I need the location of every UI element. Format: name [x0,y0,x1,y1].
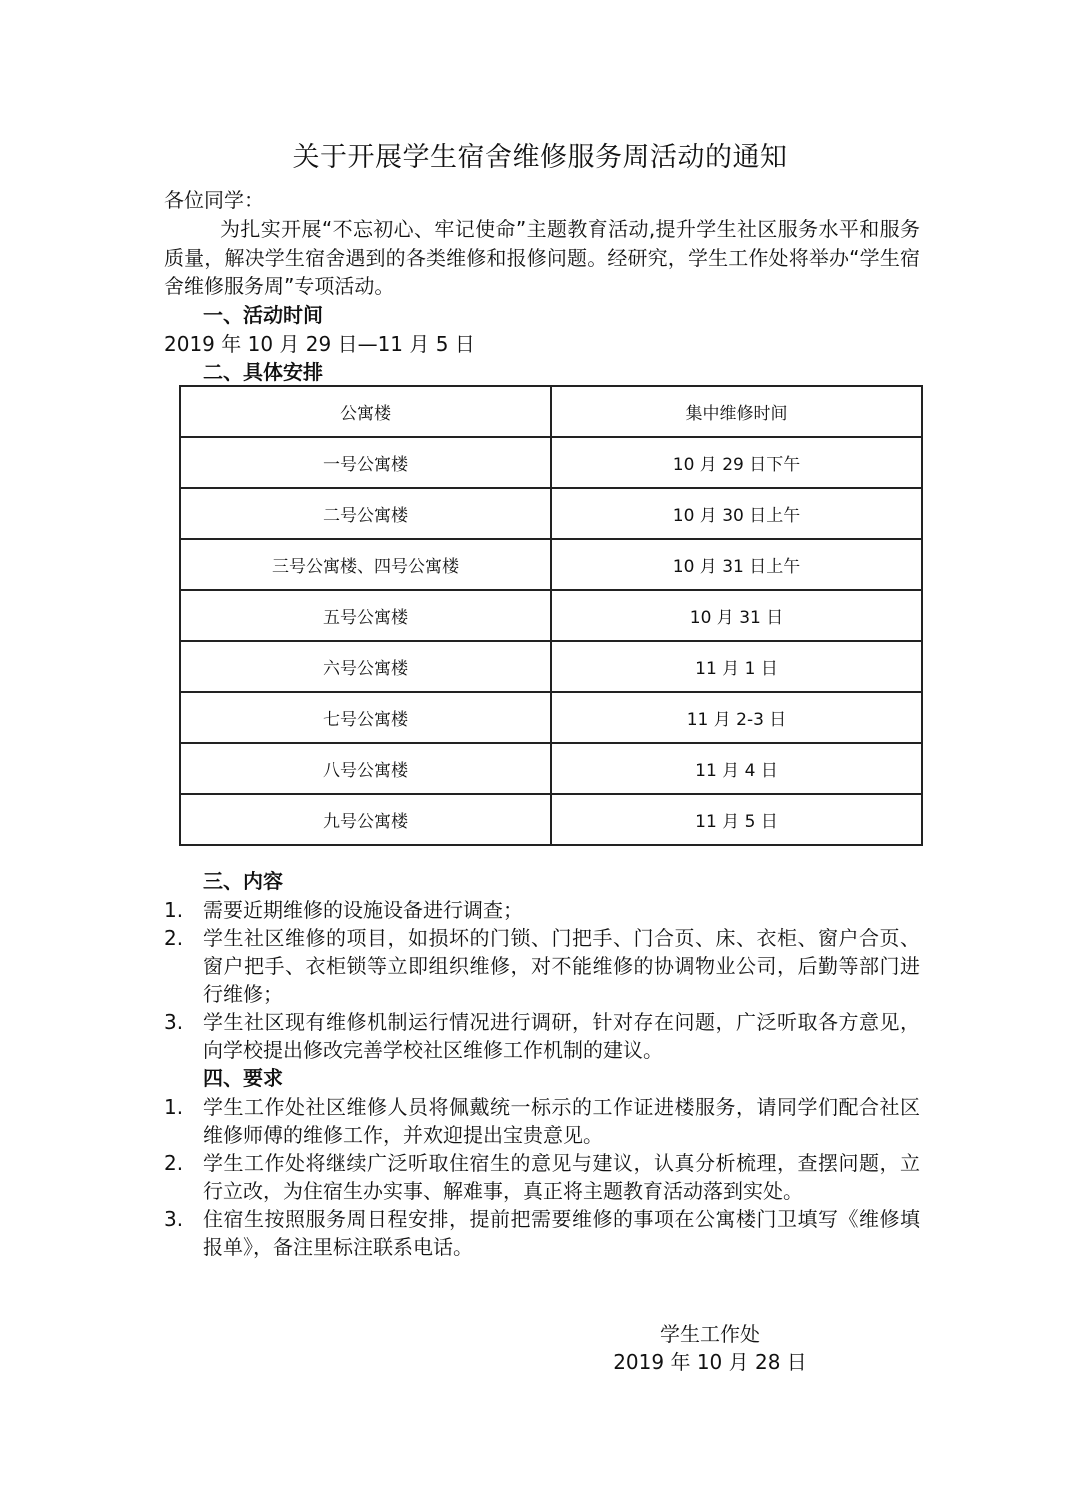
building-cell: 二号公寓楼 [180,488,551,539]
time-cell: 10 月 30 日上午 [551,488,922,539]
greeting: 各位同学： [164,186,920,215]
table-row: 九号公寓楼 11 月 5 日 [180,794,922,845]
table-row: 七号公寓楼 11 月 2-3 日 [180,692,922,743]
list-item: 3. 住宿生按照服务周日程安排，提前把需要维修的事项在公寓楼门卫填写《维修填报单… [164,1205,920,1261]
list-number: 2. [164,924,183,952]
notice-page: 关于开展学生宿舍维修服务周活动的通知 各位同学： 为扎实开展“不忘初心、牢记使命… [0,0,1080,1505]
list-item: 3. 学生社区现有维修机制运行情况进行调研，针对存在问题，广泛听取各方意见，向学… [164,1008,920,1064]
list-item: 2. 学生社区维修的项目，如损坏的门锁、门把手、门合页、床、衣柜、窗户合页、窗户… [164,924,920,1008]
activity-dates: 2019 年 10 月 29 日—11 月 5 日 [164,330,920,359]
section-heading-time: 一、活动时间 [203,301,323,329]
intro-paragraph: 为扎实开展“不忘初心、牢记使命”主题教育活动,提升学生社区服务水平和服务质量，解… [164,215,920,301]
list-text: 学生社区现有维修机制运行情况进行调研，针对存在问题，广泛听取各方意见，向学校提出… [203,1010,920,1062]
time-cell: 11 月 2-3 日 [551,692,922,743]
time-cell: 10 月 31 日 [551,590,922,641]
section-heading-schedule: 二、具体安排 [203,358,323,386]
schedule-table: 公寓楼 集中维修时间 一号公寓楼 10 月 29 日下午 二号公寓楼 10 月 … [179,385,923,846]
column-header-building: 公寓楼 [180,386,551,437]
building-cell: 九号公寓楼 [180,794,551,845]
building-cell: 六号公寓楼 [180,641,551,692]
table-row: 三号公寓楼、四号公寓楼 10 月 31 日上午 [180,539,922,590]
section-heading-requirements: 四、要求 [203,1064,283,1092]
list-number: 1. [164,1093,183,1121]
list-text: 学生工作处社区维修人员将佩戴统一标示的工作证进楼服务，请同学们配合社区维修师傅的… [203,1095,920,1147]
time-cell: 10 月 31 日上午 [551,539,922,590]
section-heading-content: 三、内容 [203,867,283,895]
time-cell: 10 月 29 日下午 [551,437,922,488]
list-number: 2. [164,1149,183,1177]
signature-date: 2019 年 10 月 28 日 [580,1348,840,1376]
content-list: 1. 需要近期维修的设施设备进行调查； 2. 学生社区维修的项目，如损坏的门锁、… [164,896,920,1064]
table-header-row: 公寓楼 集中维修时间 [180,386,922,437]
table-row: 二号公寓楼 10 月 30 日上午 [180,488,922,539]
list-text: 住宿生按照服务周日程安排，提前把需要维修的事项在公寓楼门卫填写《维修填报单》，备… [203,1207,920,1259]
list-text: 学生工作处将继续广泛听取住宿生的意见与建议，认真分析梳理，查摆问题，立行立改，为… [203,1151,920,1203]
table-row: 八号公寓楼 11 月 4 日 [180,743,922,794]
list-text: 需要近期维修的设施设备进行调查； [203,898,523,922]
list-item: 1. 需要近期维修的设施设备进行调查； [164,896,920,924]
time-cell: 11 月 4 日 [551,743,922,794]
building-cell: 七号公寓楼 [180,692,551,743]
table-row: 一号公寓楼 10 月 29 日下午 [180,437,922,488]
time-cell: 11 月 1 日 [551,641,922,692]
list-item: 2. 学生工作处将继续广泛听取住宿生的意见与建议，认真分析梳理，查摆问题，立行立… [164,1149,920,1205]
document-title: 关于开展学生宿舍维修服务周活动的通知 [0,140,1080,176]
building-cell: 三号公寓楼、四号公寓楼 [180,539,551,590]
column-header-time: 集中维修时间 [551,386,922,437]
time-cell: 11 月 5 日 [551,794,922,845]
building-cell: 五号公寓楼 [180,590,551,641]
list-number: 1. [164,896,183,924]
signature-office: 学生工作处 [580,1320,840,1348]
building-cell: 八号公寓楼 [180,743,551,794]
table-row: 五号公寓楼 10 月 31 日 [180,590,922,641]
table-row: 六号公寓楼 11 月 1 日 [180,641,922,692]
list-text: 学生社区维修的项目，如损坏的门锁、门把手、门合页、床、衣柜、窗户合页、窗户把手、… [203,926,920,1006]
list-number: 3. [164,1008,183,1036]
list-number: 3. [164,1205,183,1233]
requirements-list: 1. 学生工作处社区维修人员将佩戴统一标示的工作证进楼服务，请同学们配合社区维修… [164,1093,920,1261]
building-cell: 一号公寓楼 [180,437,551,488]
list-item: 1. 学生工作处社区维修人员将佩戴统一标示的工作证进楼服务，请同学们配合社区维修… [164,1093,920,1149]
